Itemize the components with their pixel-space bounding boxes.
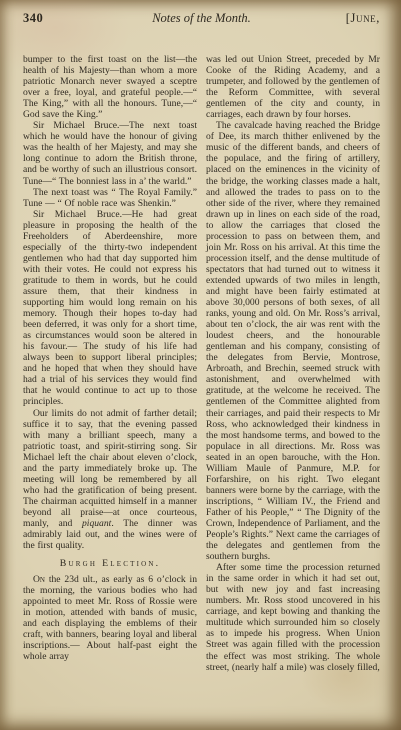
section-heading-burgh-election: Burgh Election. (23, 558, 197, 569)
paragraph-evening-summary: Our limits do not admit of farther detai… (23, 408, 197, 552)
book-page: 340 Notes of the Month. [June, bumper to… (0, 0, 401, 730)
text-columns: bumper to the first toast on the list—th… (23, 54, 380, 718)
paragraph-text: the 23d ult., as early as 6 o’clock in t… (23, 574, 197, 662)
paragraph-toast-royal-family: The next toast was “ The Royal Family.” … (23, 187, 197, 209)
running-title: Notes of the Month. (87, 11, 316, 26)
page-number: 340 (23, 11, 87, 26)
paragraph-toast-queen: Sir Michael Bruce.—The next toast which … (23, 120, 197, 186)
small-caps-lead-word: On (33, 574, 45, 585)
paragraph-text: Our limits do not admit of farther detai… (23, 408, 197, 529)
paragraph-procession-start: was led out Union Street, preceded by Mr… (206, 54, 380, 120)
page-header: 340 Notes of the Month. [June, (23, 11, 380, 26)
paragraph-toast-king: bumper to the first toast on the list—th… (23, 54, 197, 120)
issue-month-label: [June, (316, 11, 380, 26)
paragraph-cavalcade: The cavalcade having reached the Bridge … (206, 120, 380, 562)
paragraph-burgh-election-start: On the 23d ult., as early as 6 o’clock i… (23, 574, 197, 662)
italic-word: piquant (82, 518, 111, 529)
left-column: bumper to the first toast on the list—th… (23, 54, 197, 718)
paragraph-procession-return: After some time the procession returned … (206, 562, 380, 672)
right-column: was led out Union Street, preceded by Mr… (206, 54, 380, 718)
paragraph-freeholders-speech: Sir Michael Bruce.—He had great pleasure… (23, 209, 197, 408)
